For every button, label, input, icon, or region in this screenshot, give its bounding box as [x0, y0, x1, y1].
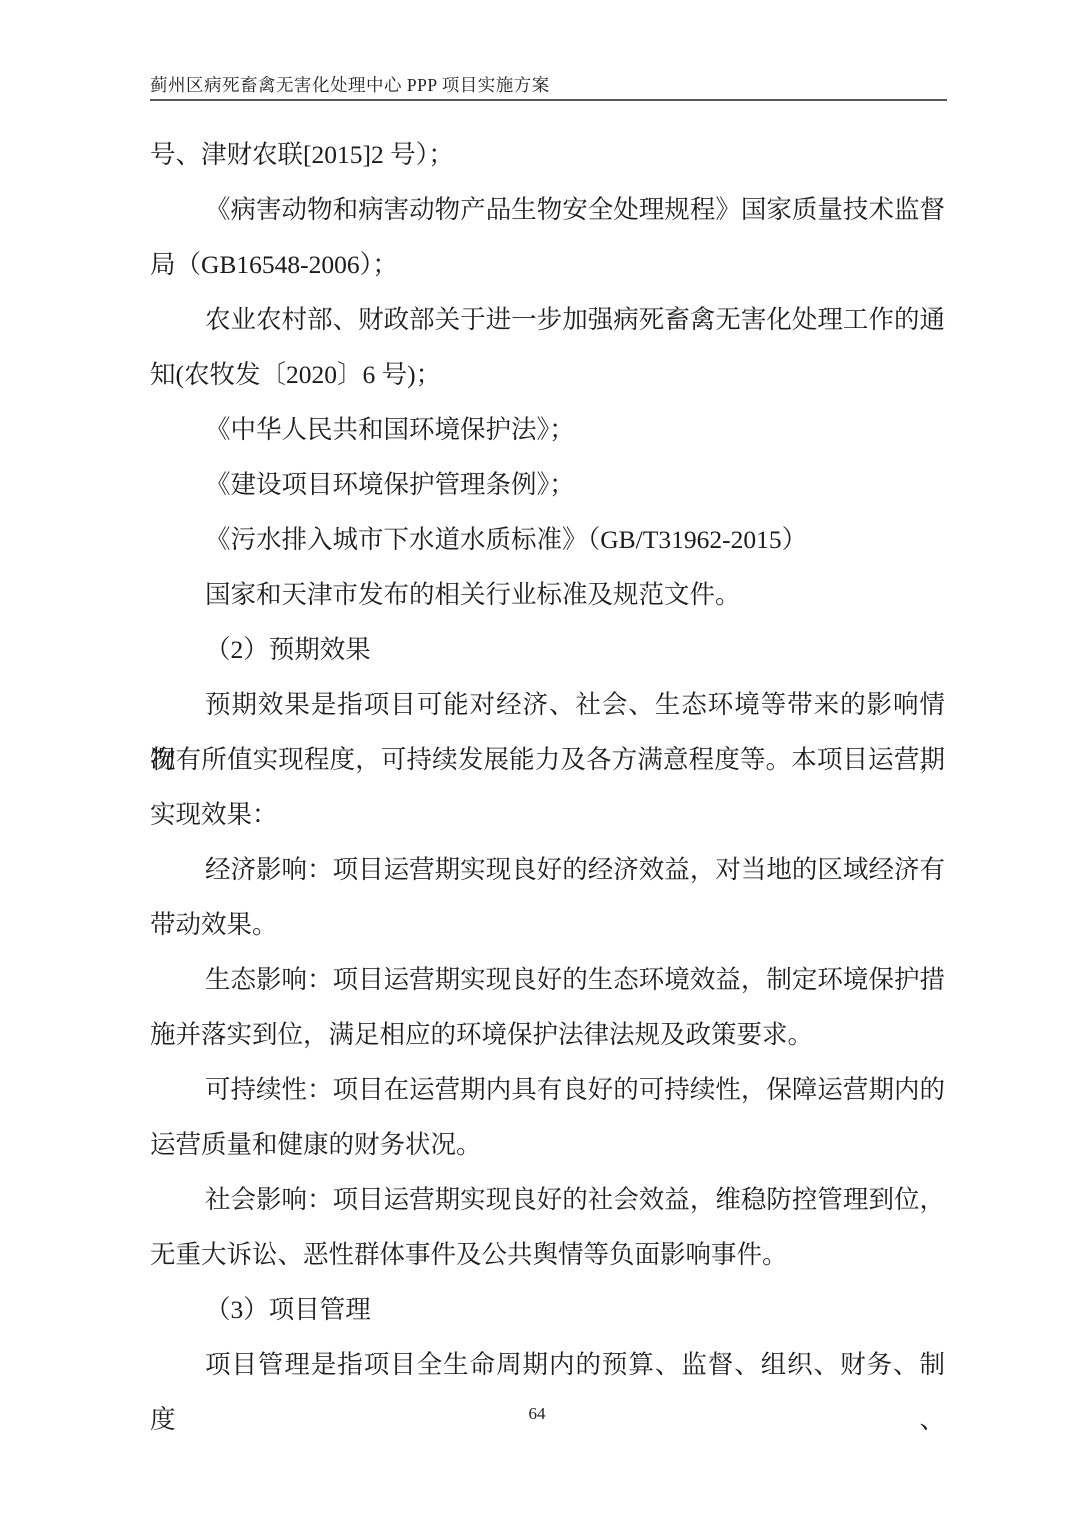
page-footer: 64: [0, 1404, 1074, 1424]
text-line: （2）预期效果: [150, 622, 945, 677]
text-line: 知(农牧发〔2020〕6 号)；: [150, 347, 945, 402]
text-line: （3）项目管理: [150, 1282, 945, 1337]
text-line: 社会影响：项目运营期实现良好的社会效益，维稳防控管理到位，: [150, 1172, 945, 1227]
text-line: 国家和天津市发布的相关行业标准及规范文件。: [150, 567, 945, 622]
text-line: 带动效果。: [150, 897, 945, 952]
text-line: 农业农村部、财政部关于进一步加强病死畜禽无害化处理工作的通: [150, 292, 945, 347]
text-line: 运营质量和健康的财务状况。: [150, 1117, 945, 1172]
text-line: 预期效果是指项目可能对经济、社会、生态环境等带来的影响情况，: [150, 677, 945, 732]
text-line: 物有所值实现程度，可持续发展能力及各方满意程度等。本项目运营期: [150, 732, 945, 787]
document-page: 蓟州区病死畜禽无害化处理中心 PPP 项目实施方案 号、津财农联[2015]2 …: [0, 0, 1074, 1520]
text-line: 局（GB16548-2006）；: [150, 237, 945, 292]
text-line: 经济影响：项目运营期实现良好的经济效益，对当地的区域经济有: [150, 842, 945, 897]
text-line: 《建设项目环境保护管理条例》；: [150, 457, 945, 512]
text-line: 《病害动物和病害动物产品生物安全处理规程》国家质量技术监督: [150, 182, 945, 237]
text-line: 《中华人民共和国环境保护法》；: [150, 402, 945, 457]
document-body: 号、津财农联[2015]2 号）； 《病害动物和病害动物产品生物安全处理规程》国…: [150, 127, 945, 1392]
page-number: 64: [529, 1404, 546, 1423]
page-header: 蓟州区病死畜禽无害化处理中心 PPP 项目实施方案: [150, 74, 947, 101]
text-line: 《污水排入城市下水道水质标准》（GB/T31962-2015）: [150, 512, 945, 567]
text-line: 可持续性：项目在运营期内具有良好的可持续性，保障运营期内的: [150, 1062, 945, 1117]
text-line: 施并落实到位，满足相应的环境保护法律法规及政策要求。: [150, 1007, 945, 1062]
text-line: 实现效果：: [150, 787, 945, 842]
text-line: 项目管理是指项目全生命周期内的预算、监督、组织、财务、制度、: [150, 1337, 945, 1392]
text-line: 生态影响：项目运营期实现良好的生态环境效益，制定环境保护措: [150, 952, 945, 1007]
header-rule: [150, 99, 947, 101]
header-title: 蓟州区病死畜禽无害化处理中心 PPP 项目实施方案: [150, 74, 947, 96]
text-line: 无重大诉讼、恶性群体事件及公共舆情等负面影响事件。: [150, 1227, 945, 1282]
text-line: 号、津财农联[2015]2 号）；: [150, 127, 945, 182]
